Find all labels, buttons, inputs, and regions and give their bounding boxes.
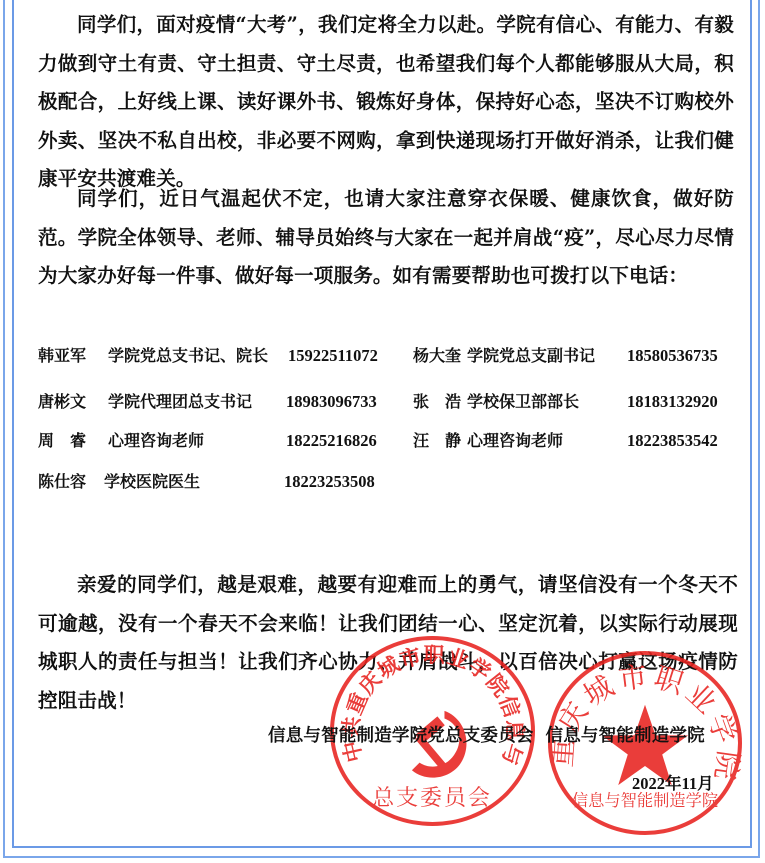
paragraph-commitment: 同学们，面对疫情“大考”，我们定将全力以赴。学院有信心、有能力、有毅力做到守土有…	[38, 6, 734, 199]
contact-role: 学校保卫部部长	[467, 390, 579, 414]
signature-date: 2022年11月	[632, 770, 714, 794]
contact-phone[interactable]: 18183132920	[627, 390, 718, 414]
signature-block: 信息与智能制造学院党总支委员会信息与智能制造学院	[268, 722, 705, 747]
contact-name: 陈仕容	[38, 470, 86, 494]
contact-role: 心理咨询老师	[108, 429, 204, 453]
contact-name: 唐彬文	[38, 390, 86, 414]
party-seal-bottom-text: 总支委员会	[372, 786, 492, 811]
contact-name: 周 睿	[38, 429, 86, 453]
contact-name: 韩亚军	[38, 344, 86, 368]
signature-college: 信息与智能制造学院	[546, 726, 705, 746]
contact-role: 学院党总支书记、院长	[108, 344, 268, 368]
contact-role: 学院代理团总支书记	[108, 390, 252, 414]
contact-name: 张 浩	[413, 390, 461, 414]
contact-role: 心理咨询老师	[467, 429, 563, 453]
contact-phone[interactable]: 18223853542	[627, 429, 718, 453]
contact-phone[interactable]: 15922511072	[288, 344, 378, 368]
paragraph-health-advice: 同学们，近日气温起伏不定，也请大家注意穿衣保暖、健康饮食，做好防范。学院全体领导…	[38, 180, 734, 296]
contact-phone[interactable]: 18983096733	[286, 390, 377, 414]
signature-party-branch: 信息与智能制造学院党总支委员会	[268, 726, 534, 746]
contact-phone[interactable]: 18580536735	[627, 344, 718, 368]
contact-name: 杨大奎	[413, 344, 461, 368]
contact-role: 学院党总支副书记	[467, 344, 595, 368]
contact-name: 汪 静	[413, 429, 461, 453]
contact-phone[interactable]: 18223253508	[284, 470, 375, 494]
contact-phone[interactable]: 18225216826	[286, 429, 377, 453]
contact-role: 学校医院医生	[104, 470, 200, 494]
